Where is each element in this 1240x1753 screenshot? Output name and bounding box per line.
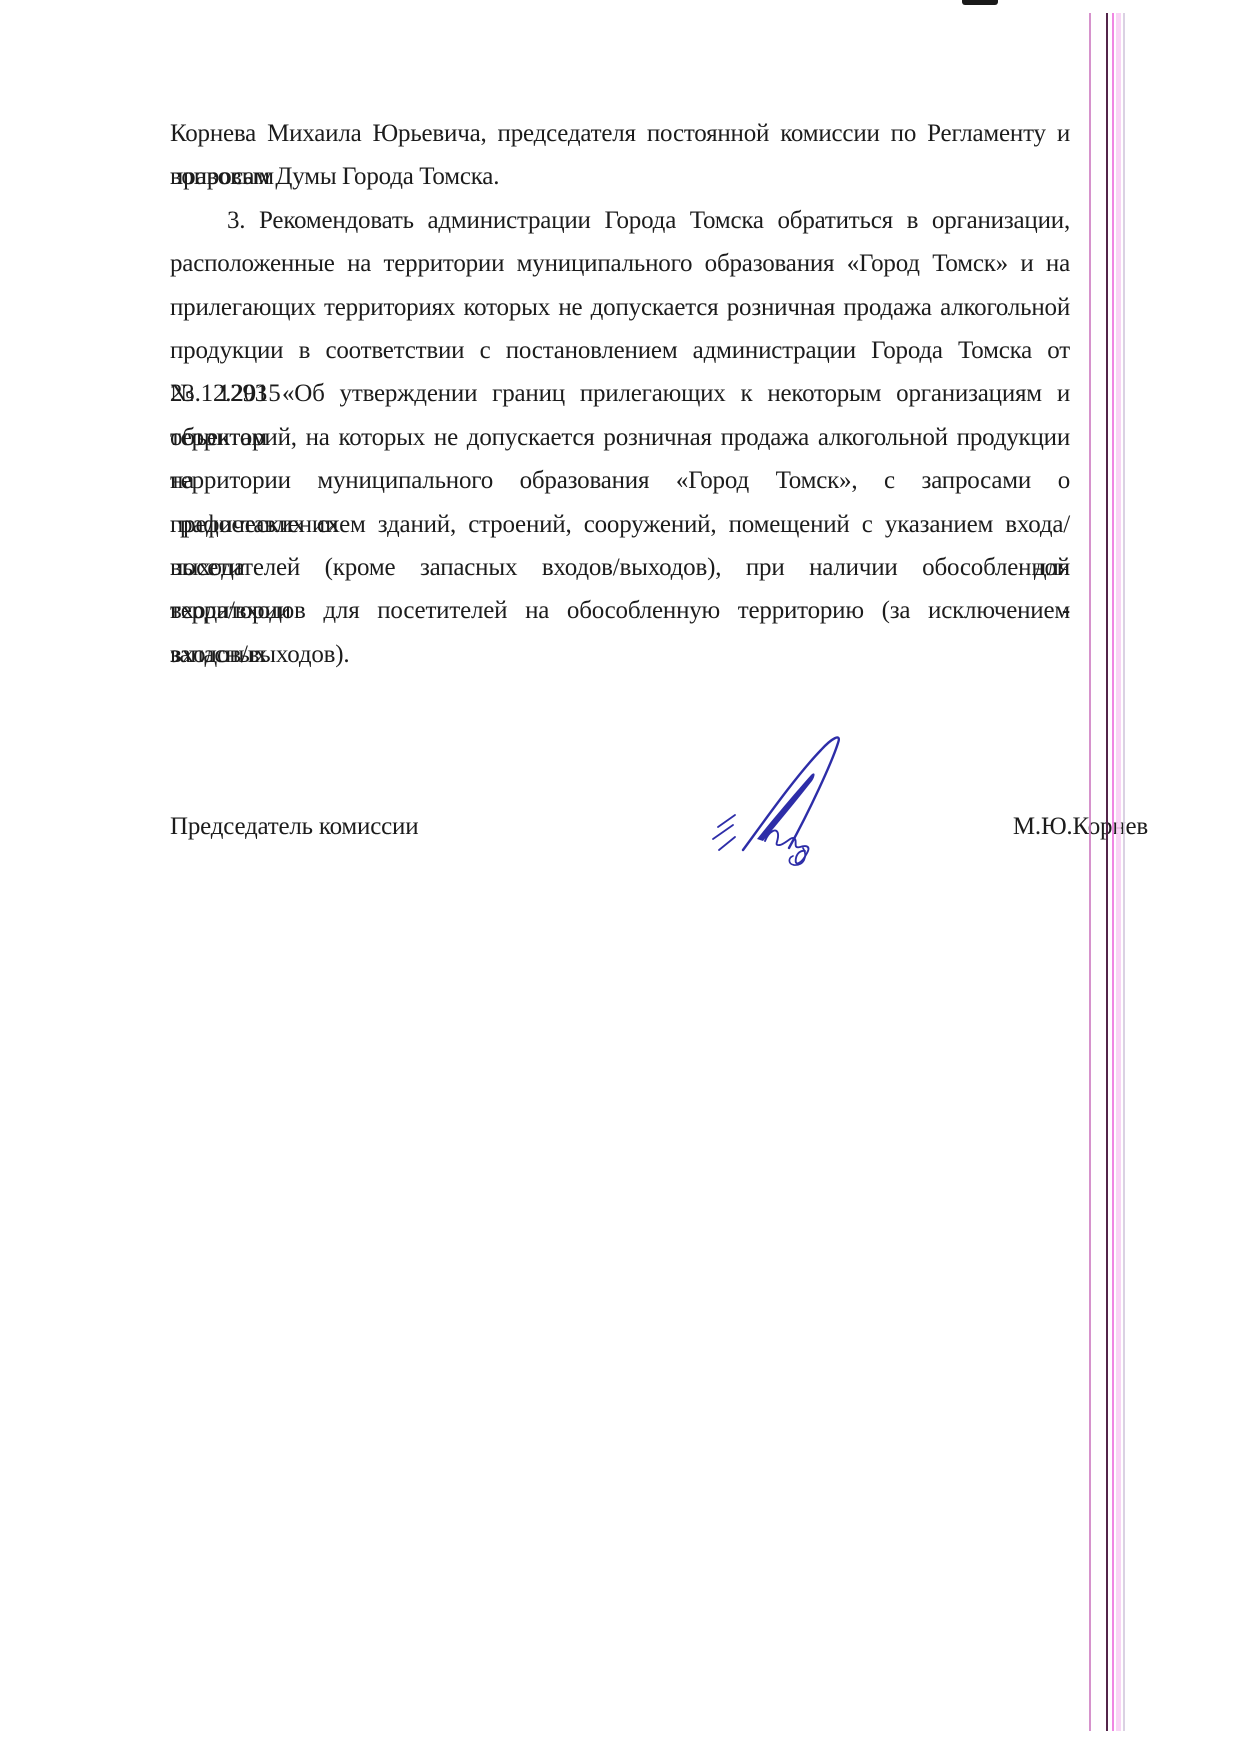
scan-artifact-vertical-line <box>1123 13 1125 1731</box>
scan-artifact-vertical-line <box>1112 13 1114 1731</box>
signature-ink <box>695 715 860 870</box>
document-line: графических схем зданий, строений, соору… <box>170 503 1070 546</box>
document-line: территорий, на которых не допускается ро… <box>170 416 1070 459</box>
document-line: вопросам Думы Города Томска. <box>170 155 1070 198</box>
signer-name: М.Ю.Корнев <box>1013 810 1148 844</box>
document-line: входов/выходов). <box>170 633 1070 676</box>
document-line: продукции в соответствии с постановление… <box>170 329 1070 372</box>
document-page: Корнева Михаила Юрьевича, председателя п… <box>0 0 1240 1753</box>
document-line: № 1293 «Об утверждении границ прилегающи… <box>170 372 1070 415</box>
document-line: Корнева Михаила Юрьевича, председателя п… <box>170 112 1070 155</box>
signature-block: Председатель комиссии М.Ю.Корнев <box>170 810 1148 844</box>
scan-artifact-vertical-line <box>1116 13 1121 1731</box>
signer-title: Председатель комиссии <box>170 810 418 844</box>
scan-artifact-mark <box>962 0 998 5</box>
scan-artifact-vertical-line <box>1089 13 1091 1731</box>
scan-artifact-vertical-line <box>1106 13 1108 1731</box>
document-body: Корнева Михаила Юрьевича, председателя п… <box>170 112 1070 676</box>
document-line: территории муниципального образования «Г… <box>170 459 1070 502</box>
document-line: 3. Рекомендовать администрации Города То… <box>170 199 1070 242</box>
document-line: посетителей (кроме запасных входов/выход… <box>170 546 1070 589</box>
document-line: входа/входов для посетителей на обособле… <box>170 589 1070 632</box>
document-line: расположенные на территории муниципально… <box>170 242 1070 285</box>
document-line: прилегающих территориях которых не допус… <box>170 286 1070 329</box>
